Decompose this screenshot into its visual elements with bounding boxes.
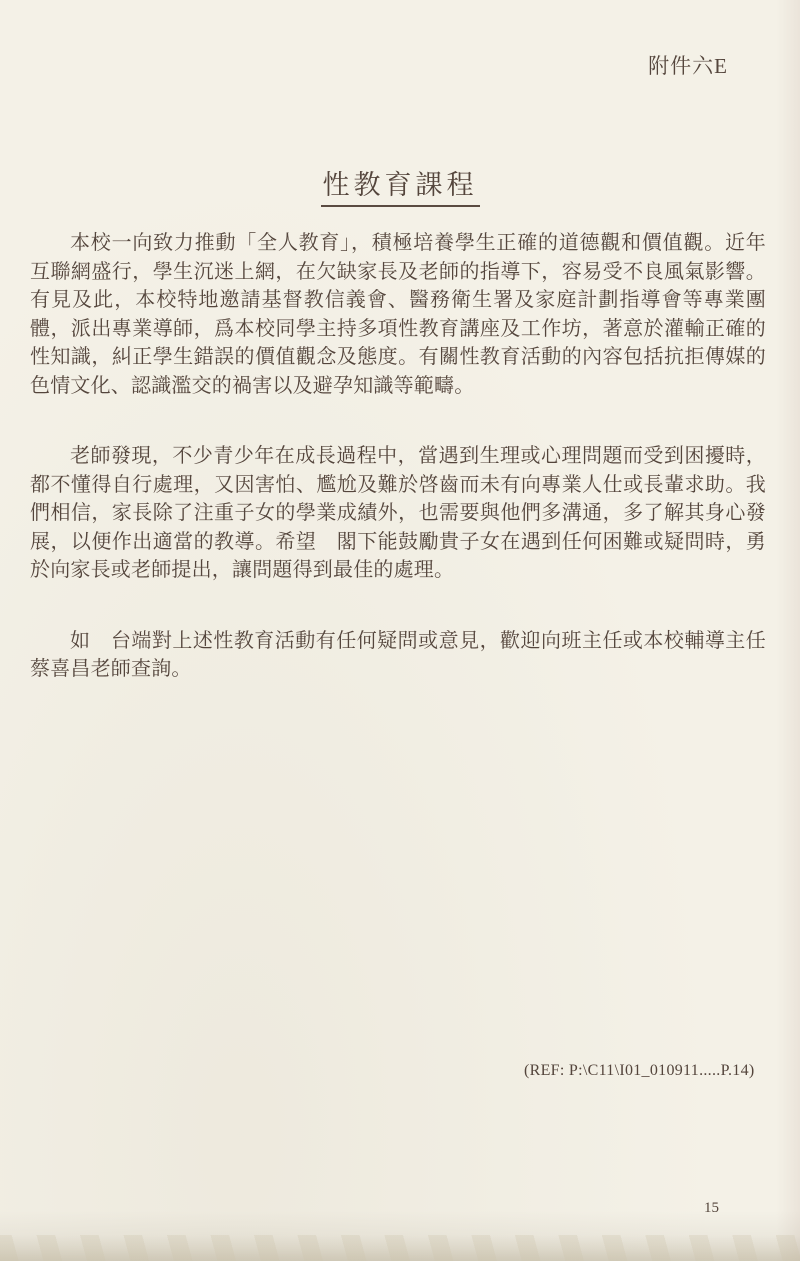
reference-note: (REF: P:\C11\I01_010911.....P.14)	[524, 1062, 755, 1080]
page-title-text: 性教育課程	[321, 163, 480, 207]
appendix-label: 附件六E	[648, 50, 728, 80]
body-paragraph: 本校一向致力推動「全人教育」，積極培養學生正確的道德觀和價值觀。近年互聯網盛行，…	[30, 229, 766, 400]
page-title: 性教育課程	[0, 163, 800, 207]
body-paragraph: 老師發現，不少青少年在成長過程中，當遇到生理或心理問題而受到困擾時，都不懂得自行…	[30, 442, 766, 585]
page-number: 15	[704, 1200, 719, 1217]
scan-edge-band	[0, 1235, 800, 1261]
document-body: 本校一向致力推動「全人教育」，積極培養學生正確的道德觀和價值觀。近年互聯網盛行，…	[30, 229, 766, 684]
document-page: 附件六E 性教育課程 本校一向致力推動「全人教育」，積極培養學生正確的道德觀和價…	[0, 0, 800, 1261]
body-paragraph: 如 台端對上述性教育活動有任何疑問或意見，歡迎向班主任或本校輔導主任蔡喜昌老師查…	[30, 627, 766, 684]
